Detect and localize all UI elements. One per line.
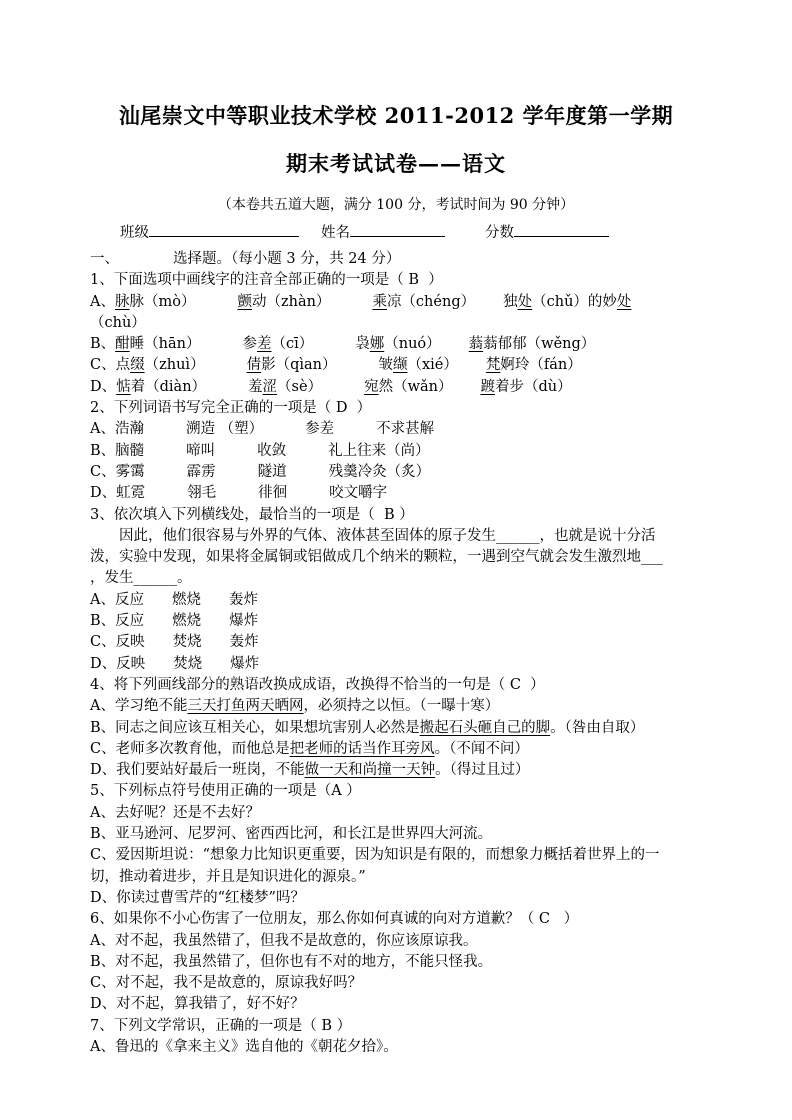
text-segment: 轰炸 [230,634,259,650]
text-segment: （zhuì） [145,357,205,373]
text-segment: A、去好呢？还是不去好？ [90,805,260,821]
text-segment: 一、 [90,251,119,267]
text-segment: 脉（mò） [129,294,195,310]
text-segment: 霹雳 [187,464,216,480]
exam-text-line: B、反应燃烧爆炸 [90,611,732,632]
text-segment: （cī） [271,336,313,352]
text-segment: B、反应 [90,613,144,629]
text-segment: 切，推动着进步，并且是知识进化的源泉。” [90,869,366,885]
text-segment: C、雾霭 [90,464,145,480]
text-segment: 1、下面选项中画线字的注音全部正确的一项是（ B ） [90,272,443,288]
exam-title-line2: 期末考试试卷——语文 [0,148,792,178]
text-segment: A、 [90,294,115,310]
exam-text-line: A、鲁迅的《拿来主义》选自他的《朝花夕拾》。 [90,1037,732,1058]
text-segment: C、反映 [90,634,145,650]
exam-text-line: A、反应燃烧轰炸 [90,590,732,611]
exam-text-line: C、点缀（zhuì）倩影（qìan）皱缬（xié）梵婀玲（fán） [90,355,732,376]
underlined-text: 乘 [372,294,387,310]
underlined-text: 酣 [115,336,130,352]
exam-text-line: A、对不起，我虽然错了，但我不是故意的，你应该原谅我。 [90,931,732,952]
exam-text-line: 4、将下列画线部分的熟语改换成成语，改换得不恰当的一句是（ C ） [90,675,732,696]
name-blank-line [350,222,445,237]
underlined-text: 脉 [115,294,130,310]
score-blank-line [514,222,609,237]
text-segment: D、我们要站好最后一班岗，不能 [90,762,305,778]
exam-text-line: B、亚马逊河、尼罗河、密西西比河，和长江是世界四大河流。 [90,824,732,845]
exam-text-line: 3、依次填入下列横线处，最恰当的一项是（ B ） [90,505,732,526]
text-segment: ，必须持之以恒。（一曝十寒） [303,698,499,714]
underlined-text: 宛 [364,379,379,395]
text-segment: 羞 [248,379,263,395]
underlined-text: 踱 [480,379,495,395]
exam-text-line: 6、如果你不小心伤害了一位朋友，那么你如何真诚的向对方道歉？（ C ） [90,909,732,930]
text-segment: 爆炸 [229,613,258,629]
text-segment: 凉（chéng） [387,294,475,310]
text-segment: B、同志之间应该互相关心，如果想坑害别人必然是 [90,720,420,736]
underlined-text: 处 [617,294,632,310]
text-segment: 4、将下列画线部分的熟语改换成成语，改换得不恰当的一句是（ C ） [90,677,545,693]
text-segment: 袅 [355,336,370,352]
text-segment: 咬文嚼字 [329,485,387,501]
text-segment: C、点 [90,357,130,373]
text-segment: 睡（hān） [130,336,201,352]
exam-text-line: 2、下列词语书写完全正确的一项是（ D ） [90,398,732,419]
underlined-text: 搬起石头砸自己的脚 [420,720,551,736]
underlined-text: 做一天和尚撞一天钟 [305,762,436,778]
text-segment: B、脑髓 [90,443,144,459]
text-segment: A、鲁迅的《拿来主义》选自他的《朝花夕拾》。 [90,1039,398,1055]
text-segment: A、学习绝不能 [90,698,187,714]
text-segment: D、你读过曹雪芹的“红楼梦”吗？ [90,890,305,906]
text-segment: 着（diàn） [131,379,206,395]
underlined-text: 娜 [370,336,385,352]
text-segment: 蓊郁郁（wěng） [483,336,595,352]
exam-text-line: C、对不起，我不是故意的，原谅我好吗？ [90,973,732,994]
exam-text-line: D、你读过曹雪芹的“红楼梦”吗？ [90,888,732,909]
exam-text-line: B、酣睡（hān）参差（cī）袅娜（nuó）蓊蓊郁郁（wěng） [90,334,732,355]
text-segment: 因此，他们很容易与外界的气体、液体甚至固体的原子发生______，也就是说十分活 [119,528,656,544]
text-segment: A、反应 [90,592,144,608]
underlined-text: 差 [257,336,272,352]
underlined-text: 梵 [486,357,501,373]
text-segment: 燃烧 [172,592,201,608]
underlined-text: 三天打鱼两天晒网 [187,698,303,714]
text-segment: 婀玲（fán） [500,357,581,373]
text-segment: A、对不起，我虽然错了，但我不是故意的，你应该原谅我。 [90,933,477,949]
text-segment: B、亚马逊河、尼罗河、密西西比河，和长江是世界四大河流。 [90,826,492,842]
exam-text-line: D、对不起，算我错了，好不好？ [90,994,732,1015]
text-segment: B、 [90,336,115,352]
exam-text-line: 因此，他们很容易与外界的气体、液体甚至固体的原子发生______，也就是说十分活 [90,526,732,547]
text-segment: ，发生______。 [90,570,192,586]
text-segment: 2、下列词语书写完全正确的一项是（ D ） [90,400,371,416]
text-segment: 6、如果你不小心伤害了一位朋友，那么你如何真诚的向对方道歉？（ C ） [90,911,578,927]
exam-text-line: B、同志之间应该互相关心，如果想坑害别人必然是搬起石头砸自己的脚。（咎由自取） [90,718,732,739]
exam-text-line: 5、下列标点符号使用正确的一项是（A ） [90,781,732,802]
paper-info: （本卷共五道大题，满分 100 分，考试时间为 90 分钟） [0,194,792,214]
name-label: 姓名 [321,221,350,242]
exam-text-line: C、反映焚烧轰炸 [90,632,732,653]
exam-text-line: A、学习绝不能三天打鱼两天晒网，必须持之以恒。（一曝十寒） [90,696,732,717]
text-segment: 7、下列文学常识，正确的一项是（ B ） [90,1018,351,1034]
text-segment: 。（咎由自取） [550,720,644,736]
exam-text-line: A、去好呢？还是不去好？ [90,803,732,824]
exam-text-line: D、惦着（diàn）羞涩（sè）宛然（wǎn）踱着步（dù） [90,377,732,398]
text-segment: 参差 [305,421,334,437]
text-segment: A、浩瀚 [90,421,144,437]
text-segment: 翎毛 [187,485,216,501]
exam-text-line: 一、选择题。（每小题 3 分，共 24 分） [90,249,732,270]
text-segment: D、对不起，算我错了，好不好？ [90,996,305,1012]
text-segment: （nuó） [384,336,440,352]
text-segment: D、 [90,379,116,395]
exam-text-line: 切，推动着进步，并且是知识进化的源泉。” [90,867,732,888]
text-segment: （chù） [90,315,146,331]
exam-text-line: 7、下列文学常识，正确的一项是（ B ） [90,1016,732,1037]
text-segment: 隧道 [258,464,287,480]
text-segment: 动（zhàn） [252,294,330,310]
text-segment: 泼，实验中发现，如果将金属铜或铝做成几个纳米的颗粒，一遇到空气就会发生激烈地__… [90,549,663,565]
text-segment: 然（wǎn） [379,379,453,395]
text-segment: 参 [242,336,257,352]
text-segment: （xié） [407,357,457,373]
exam-text-line: D、虹霓翎毛徘徊咬文嚼字 [90,483,732,504]
text-segment: 。（不闻不问） [435,741,529,757]
text-segment: 5、下列标点符号使用正确的一项是（A ） [90,783,361,799]
text-segment: 。（得过且过） [435,762,529,778]
underlined-text: 处 [518,294,533,310]
text-segment: 残羹冷灸（炙） [329,464,431,480]
exam-text-line: D、我们要站好最后一班岗，不能做一天和尚撞一天钟。（得过且过） [90,760,732,781]
exam-text-line: 1、下面选项中画线字的注音全部正确的一项是（ B ） [90,270,732,291]
exam-title-line1: 汕尾崇文中等职业技术学校 2011-2012 学年度第一学期 [0,100,792,130]
underlined-text: 缀 [130,357,145,373]
text-segment: 选择题。（每小题 3 分，共 24 分） [173,251,400,267]
underlined-text: 颤 [237,294,252,310]
exam-text-line: ，发生______。 [90,568,732,589]
text-segment: 独 [503,294,518,310]
text-segment: （sè） [277,379,322,395]
text-segment: （chǔ）的妙 [532,294,617,310]
text-segment: C、老师多次教育他，而他总是 [90,741,290,757]
text-segment: D、反映 [90,656,145,672]
exam-text-line: C、爱因斯坦说：“想象力比知识更重要，因为知识是有限的，而想象力概括着世界上的一 [90,845,732,866]
underlined-text: 把老师的话当作耳旁风 [290,741,435,757]
text-segment: 皱 [378,357,393,373]
exam-text-line: （chù） [90,313,732,334]
exam-text-line: 泼，实验中发现，如果将金属铜或铝做成几个纳米的颗粒，一遇到空气就会发生激烈地__… [90,547,732,568]
exam-text-line: C、雾霭霹雳隧道残羹冷灸（炙） [90,462,732,483]
exam-text-line: C、老师多次教育他，而他总是把老师的话当作耳旁风。（不闻不问） [90,739,732,760]
text-segment: 徘徊 [258,485,287,501]
underlined-text: 惦 [116,379,131,395]
exam-paper-page: 汕尾崇文中等职业技术学校 2011-2012 学年度第一学期 期末考试试卷——语… [0,0,792,1120]
underlined-text: 缬 [393,357,408,373]
text-segment: 燃烧 [172,613,201,629]
underlined-text: 倩 [247,357,262,373]
underlined-text: 蓊 [469,336,484,352]
text-segment: B、对不起，我虽然错了，但你也有不对的地方，不能只怪我。 [90,954,492,970]
text-segment: 收敛 [257,443,286,459]
score-label: 分数 [485,221,514,242]
exam-text-line: A、脉脉（mò）颤动（zhàn）乘凉（chéng）独处（chǔ）的妙处 [90,292,732,313]
underlined-text: 涩 [263,379,278,395]
text-segment: 不求甚解 [376,421,434,437]
student-fields: 班级姓名分数 [0,221,792,242]
exam-text-line: B、对不起，我虽然错了，但你也有不对的地方，不能只怪我。 [90,952,732,973]
text-segment: 焚烧 [173,634,202,650]
text-segment: 啼叫 [186,443,215,459]
text-segment: 爆炸 [230,656,259,672]
exam-text-line: B、脑髓啼叫收敛礼上往来（尚） [90,441,732,462]
text-segment: 焚烧 [173,656,202,672]
text-segment: C、爱因斯坦说：“想象力比知识更重要，因为知识是有限的，而想象力概括着世界上的一 [90,847,660,863]
exam-text-line: D、反映焚烧爆炸 [90,654,732,675]
text-segment: C、对不起，我不是故意的，原谅我好吗？ [90,975,362,991]
text-segment: 着步（dù） [495,379,572,395]
text-segment: 影（qìan） [261,357,336,373]
text-segment: 3、依次填入下列横线处，最恰当的一项是（ B ） [90,507,414,523]
exam-text-line: A、浩瀚溯造 （塑）参差不求甚解 [90,419,732,440]
text-segment: 轰炸 [229,592,258,608]
class-label: 班级 [120,221,149,242]
exam-body: 一、选择题。（每小题 3 分，共 24 分）1、下面选项中画线字的注音全部正确的… [0,249,792,1058]
text-segment: 礼上往来（尚） [328,443,430,459]
text-segment: 溯造 （塑） [186,421,263,437]
text-segment: D、虹霓 [90,485,145,501]
class-blank-line [149,222,299,237]
